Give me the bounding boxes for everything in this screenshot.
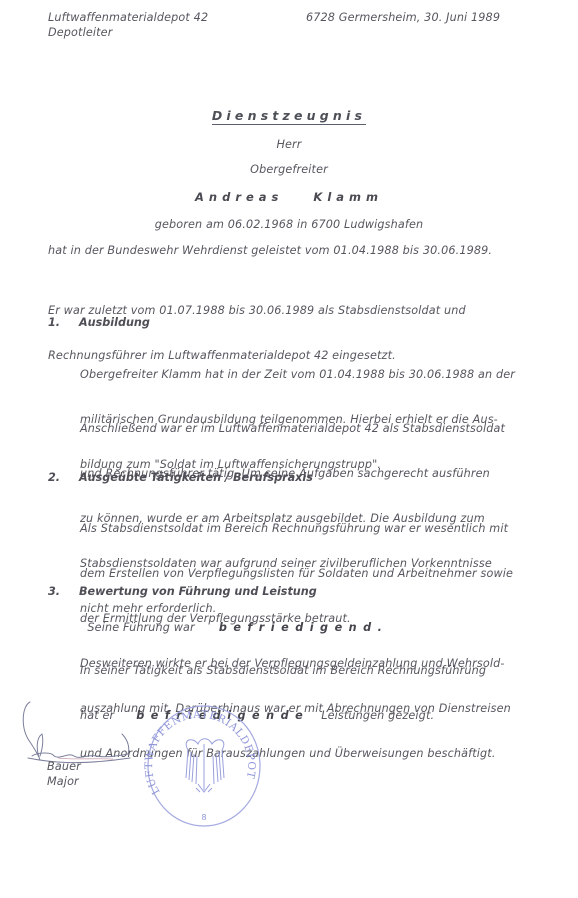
section-number: 2. — [48, 471, 60, 484]
text-line: dem Erstellen von Verpflegungslisten für… — [80, 566, 513, 581]
birth-line: geboren am 06.02.1968 in 6700 Ludwigshaf… — [0, 218, 578, 231]
place-date: 6728 Germersheim, 30. Juni 1989 — [306, 10, 500, 25]
text-line: In seiner Tätigkeit als Stabsdienstsolda… — [80, 663, 486, 678]
eagle-icon — [186, 739, 224, 792]
signatory-name: Bauer — [47, 759, 81, 774]
section-number: 1. — [48, 316, 60, 329]
sender-name: Luftwaffenmaterialdepot 42 — [48, 10, 208, 25]
section-title-ausbildung: Ausbildung — [79, 316, 150, 329]
text-line: hat erbefriedigendeLeistungen gezeigt. — [80, 708, 486, 723]
text-line: Anschließend war er im Luftwaffenmateria… — [80, 421, 505, 436]
sender-block: Luftwaffenmaterialdepot 42 Depotleiter — [48, 10, 208, 40]
text-line: Als Stabsdienstsoldat im Bereich Rechnun… — [80, 521, 513, 536]
salutation: Herr — [0, 138, 578, 151]
stamp-text: LUFTWAFFENMATERIALDEPOT 42 — [142, 700, 257, 797]
last-name: Klamm — [313, 190, 383, 204]
handwritten-signature — [18, 698, 136, 768]
stamp-number: 8 — [201, 813, 206, 822]
service-line: hat in der Bundeswehr Wehrdienst geleist… — [48, 243, 492, 258]
official-stamp: LUFTWAFFENMATERIALDEPOT 42 8 — [142, 700, 262, 830]
first-name: Andreas — [195, 190, 283, 204]
conduct-rating-line: Seine Führung warbefriedigend. — [80, 605, 388, 635]
section-title-bewertung: Bewertung von Führung und Leistung — [79, 585, 317, 598]
section-title-taetigkeiten: Ausgeübte Tätigkeiten / Berufspraxis — [79, 471, 313, 484]
signatory: Bauer Major — [47, 759, 81, 789]
sender-role: Depotleiter — [48, 25, 208, 40]
performance-suffix: Leistungen gezeigt. — [321, 709, 434, 722]
rank: Obergefreiter — [0, 163, 578, 176]
person-name: AndreasKlamm — [0, 190, 578, 204]
document-title: Dienstzeugnis — [0, 108, 578, 123]
performance-paragraph: In seiner Tätigkeit als Stabsdienstsolda… — [80, 633, 486, 738]
text-line: Obergefreiter Klamm hat in der Zeit vom … — [80, 367, 515, 382]
signatory-rank: Major — [47, 774, 81, 789]
section-number: 3. — [48, 585, 60, 598]
